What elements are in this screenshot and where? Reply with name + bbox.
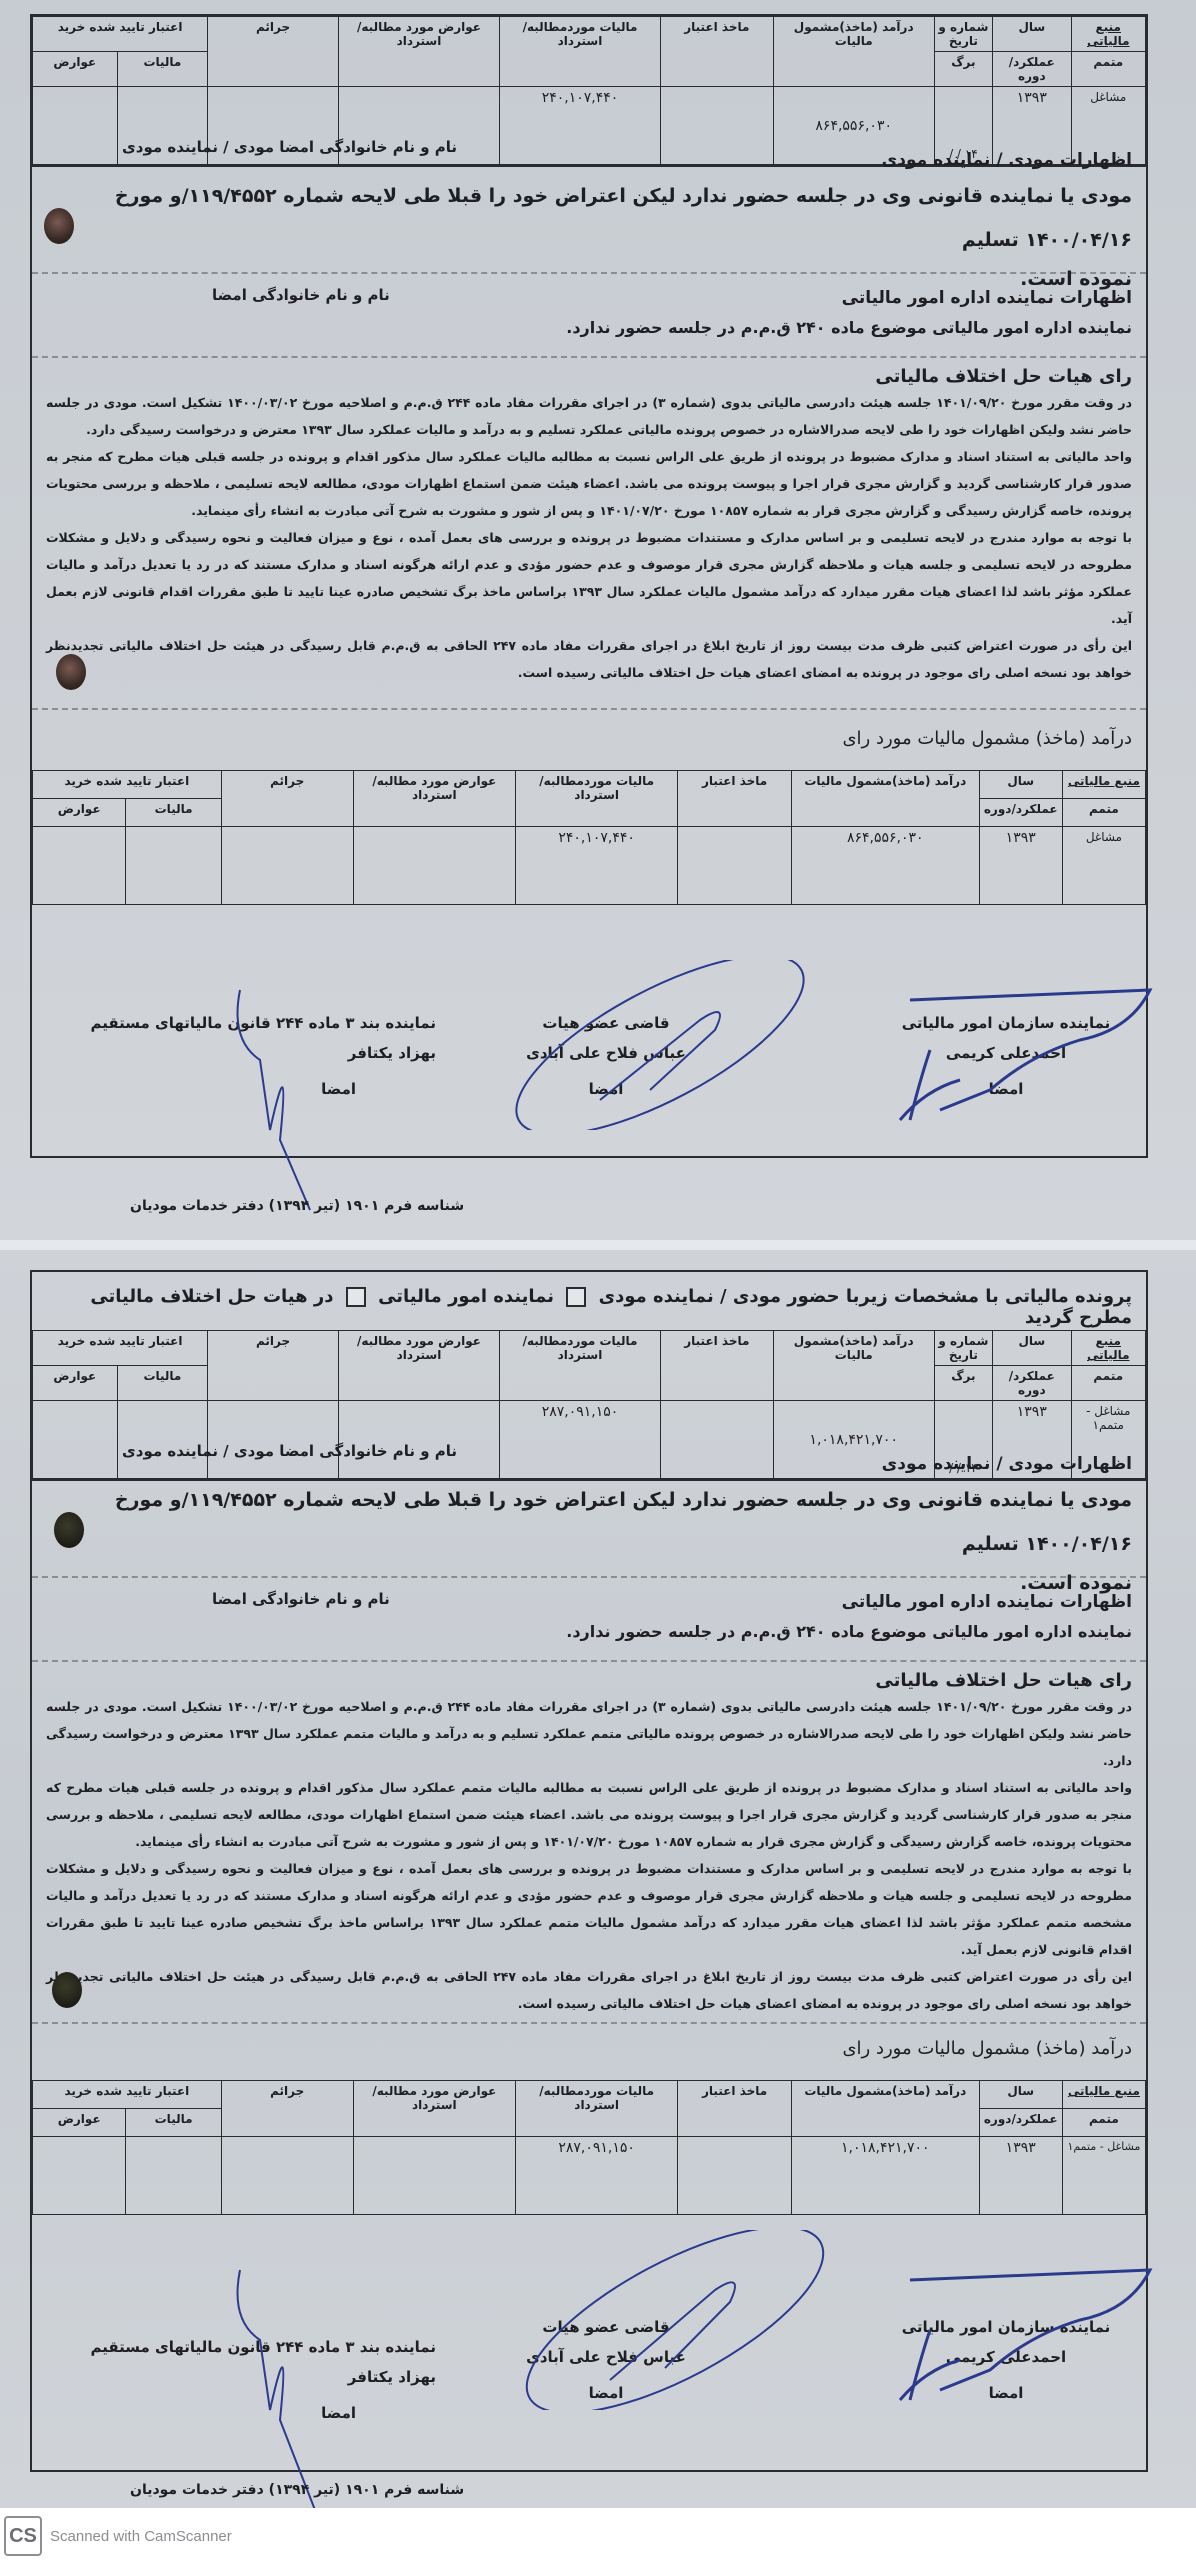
col-source-sub: متمم bbox=[1071, 52, 1145, 87]
col-credit-base: ماخذ اعتبار bbox=[678, 2081, 792, 2137]
cell-credit-base bbox=[678, 827, 792, 905]
judge-name: عباس فلاح علی آبادی bbox=[496, 2342, 716, 2372]
ruling-table: منبع مالیاتی سال درآمد (ماخذ)مشمول مالیا… bbox=[32, 2080, 1146, 2215]
col-tax-claimed: مالیات موردمطالبه/استرداد bbox=[500, 1331, 661, 1401]
col-source-sub: متمم bbox=[1062, 799, 1145, 827]
cell-year: ۱۳۹۳ bbox=[979, 827, 1062, 905]
col-sheet-sub: برگ bbox=[934, 1366, 992, 1401]
ruling-table: منبع مالیاتی سال درآمد (ماخذ)مشمول مالیا… bbox=[32, 770, 1146, 905]
cell-approved-tax bbox=[126, 827, 221, 905]
org-rep-name: احمدعلی کریمی bbox=[896, 1038, 1116, 1068]
col-approved-credit: اعتبار تایید شده خرید bbox=[33, 771, 222, 799]
org-rep-name: احمدعلی کریمی bbox=[896, 2342, 1116, 2372]
col-sheet: شماره و تاریخ bbox=[934, 17, 992, 52]
verdict-paragraph: با توجه به موارد مندرج در لایحه تسلیمی و… bbox=[46, 1855, 1132, 1963]
col-fines: جرائم bbox=[221, 2081, 353, 2137]
col-approved-tax: مالیات bbox=[126, 799, 221, 827]
col-approved-tax: مالیات bbox=[117, 52, 208, 87]
intro-text-part2: نماینده امور مالیاتی bbox=[378, 1286, 554, 1307]
col-year: سال bbox=[993, 17, 1071, 52]
judge-title: قاضی عضو هیات bbox=[496, 2312, 716, 2342]
office-statement-text: نماینده اداره امور مالیاتی موضوع ماده ۲۴… bbox=[46, 318, 1132, 337]
article-representative-signature: نماینده بند ۳ ماده ۲۴۴ قانون مالیاتهای م… bbox=[56, 2332, 436, 2428]
taxpayer-presence-checkbox[interactable] bbox=[566, 1287, 586, 1307]
stamp-mark bbox=[52, 1972, 82, 2008]
article-rep-title: نماینده بند ۳ ماده ۲۴۴ قانون مالیاتهای م… bbox=[56, 2332, 436, 2362]
ruling-body: اظهارات مودی / نماینده مودی نام و نام خا… bbox=[30, 128, 1148, 1158]
col-source: منبع مالیاتی bbox=[1062, 771, 1145, 799]
col-source-sub: متمم bbox=[1071, 1366, 1145, 1401]
cell-approved-duties bbox=[33, 827, 126, 905]
intro-line: پرونده مالیاتی با مشخصات زیربا حضور مودی… bbox=[32, 1272, 1146, 1330]
ruling-table-heading: درآمد (ماخذ) مشمول مالیات مورد رای bbox=[46, 2038, 1132, 2059]
col-sheet-sub: برگ bbox=[934, 52, 992, 87]
intro-text-part1: پرونده مالیاتی با مشخصات زیربا حضور مودی… bbox=[599, 1286, 1132, 1307]
cell-tax-claimed: ۲۴۰,۱۰۷,۴۴۰ bbox=[515, 827, 677, 905]
col-income: درآمد (ماخذ)مشمول مالیات bbox=[773, 17, 934, 87]
article-representative-signature: نماینده بند ۳ ماده ۲۴۴ قانون مالیاتهای م… bbox=[56, 1008, 436, 1104]
taxpayer-signature-label: نام و نام خانوادگی امضا مودی / نماینده م… bbox=[122, 138, 457, 156]
verdict-heading: رای هیات حل اختلاف مالیاتی bbox=[46, 366, 1132, 387]
taxpayer-statement-line1: مودی یا نماینده قانونی وی در جلسه حضور ن… bbox=[46, 174, 1132, 262]
cell-duties-claimed bbox=[353, 827, 515, 905]
taxpayer-statement-section: اظهارات مودی / نماینده مودی نام و نام خا… bbox=[32, 1432, 1146, 1578]
col-approved-tax: مالیات bbox=[126, 2109, 221, 2137]
org-representative-signature: نماینده سازمان امور مالیاتی احمدعلی کریم… bbox=[896, 2312, 1116, 2408]
camscanner-logo-icon: CS bbox=[4, 2516, 42, 2556]
verdict-paragraph: در وقت مقرر مورخ ۱۴۰۱/۰۹/۲۰ جلسه هیئت دا… bbox=[46, 389, 1132, 443]
office-statement-text: نماینده اداره امور مالیاتی موضوع ماده ۲۴… bbox=[46, 1622, 1132, 1641]
cell-fines bbox=[221, 827, 353, 905]
form-id-footnote: شناسه فرم ۱۹۰۱ (تیر ۱۳۹۴) دفتر خدمات مود… bbox=[130, 1198, 464, 1214]
cell-year: ۱۳۹۳ bbox=[979, 2137, 1062, 2215]
office-signature-label: نام و نام خانوادگی امضا bbox=[212, 1590, 390, 1608]
col-source: منبع مالیاتی bbox=[1071, 1331, 1145, 1366]
col-tax-claimed: مالیات موردمطالبه/استرداد bbox=[500, 17, 661, 87]
col-approved-tax: مالیات bbox=[117, 1366, 208, 1401]
col-approved-duties: عوارض bbox=[33, 1366, 118, 1401]
stamp-mark bbox=[44, 208, 74, 244]
cell-income: ۸۶۴,۵۵۶,۰۳۰ bbox=[791, 827, 979, 905]
col-duties-claimed: عوارض مورد مطالبه/استرداد bbox=[353, 2081, 515, 2137]
ruling-body: اظهارات مودی / نماینده مودی نام و نام خا… bbox=[30, 1432, 1148, 2472]
article-rep-name: بهزاد یکتافر bbox=[56, 2362, 436, 2392]
cell-tax-claimed: ۲۸۷,۰۹۱,۱۵۰ bbox=[515, 2137, 677, 2215]
verdict-paragraph: این رأی در صورت اعتراض کتبی ظرف مدت بیست… bbox=[46, 632, 1132, 686]
col-approved-credit: اعتبار تایید شده خرید bbox=[33, 17, 208, 52]
verdict-section: رای هیات حل اختلاف مالیاتی در وقت مقرر م… bbox=[32, 1662, 1146, 2024]
sign-label: امضا bbox=[896, 1074, 1116, 1104]
article-rep-title: نماینده بند ۳ ماده ۲۴۴ قانون مالیاتهای م… bbox=[56, 1008, 436, 1038]
col-fines: جرائم bbox=[208, 1331, 339, 1401]
office-presence-checkbox[interactable] bbox=[346, 1287, 366, 1307]
col-year: سال bbox=[979, 771, 1062, 799]
col-approved-credit: اعتبار تایید شده خرید bbox=[33, 2081, 222, 2109]
judge-name: عباس فلاح علی آبادی bbox=[496, 1038, 716, 1068]
judge-signature: قاضی عضو هیات عباس فلاح علی آبادی امضا bbox=[496, 2312, 716, 2408]
org-representative-signature: نماینده سازمان امور مالیاتی احمدعلی کریم… bbox=[896, 1008, 1116, 1104]
judge-title: قاضی عضو هیات bbox=[496, 1008, 716, 1038]
ruling-table-heading-section: درآمد (ماخذ) مشمول مالیات مورد رای bbox=[32, 2024, 1146, 2080]
col-duties-claimed: عوارض مورد مطالبه/استرداد bbox=[339, 1331, 500, 1401]
col-fines: جرائم bbox=[221, 771, 353, 827]
taxpayer-statement-line1: مودی یا نماینده قانونی وی در جلسه حضور ن… bbox=[46, 1478, 1132, 1566]
office-statement-section: اظهارات نماینده اداره امور مالیاتی نام و… bbox=[32, 274, 1146, 358]
verdict-paragraph: واحد مالیاتی به استناد اسناد و مدارک مضب… bbox=[46, 1774, 1132, 1855]
org-rep-title: نماینده سازمان امور مالیاتی bbox=[896, 2312, 1116, 2342]
office-statement-heading: اظهارات نماینده اداره امور مالیاتی bbox=[46, 288, 1132, 308]
stamp-mark bbox=[56, 654, 86, 690]
cell-approved-tax bbox=[126, 2137, 221, 2215]
sign-label: امضا bbox=[896, 2378, 1116, 2408]
cell-income: ۱,۰۱۸,۴۲۱,۷۰۰ bbox=[791, 2137, 979, 2215]
article-rep-name: بهزاد یکتافر bbox=[56, 1038, 436, 1068]
ruling-table-heading-section: درآمد (ماخذ) مشمول مالیات مورد رای bbox=[32, 710, 1146, 770]
col-sheet: شماره و تاریخ bbox=[934, 1331, 992, 1366]
verdict-section: رای هیات حل اختلاف مالیاتی در وقت مقرر م… bbox=[32, 358, 1146, 710]
col-credit-base: ماخذ اعتبار bbox=[678, 771, 792, 827]
office-signature-label: نام و نام خانوادگی امضا bbox=[212, 286, 390, 304]
cell-source: مشاغل bbox=[1062, 827, 1145, 905]
col-credit-base: ماخذ اعتبار bbox=[661, 17, 774, 87]
col-approved-credit: اعتبار تایید شده خرید bbox=[33, 1331, 208, 1366]
document-page-2: پرونده مالیاتی با مشخصات زیربا حضور مودی… bbox=[0, 1250, 1196, 2508]
col-duties-claimed: عوارض مورد مطالبه/استرداد bbox=[339, 17, 500, 87]
sign-label: امضا bbox=[56, 2398, 436, 2428]
col-year-sub: عملکرد/دوره bbox=[993, 52, 1071, 87]
col-approved-duties: عوارض bbox=[33, 799, 126, 827]
verdict-paragraph: در وقت مقرر مورخ ۱۴۰۱/۰۹/۲۰ جلسه هیئت دا… bbox=[46, 1693, 1132, 1774]
col-credit-base: ماخذ اعتبار bbox=[661, 1331, 774, 1401]
verdict-paragraph: واحد مالیاتی به استناد اسناد و مدارک مضب… bbox=[46, 443, 1132, 524]
col-year: سال bbox=[993, 1331, 1071, 1366]
taxpayer-signature-label: نام و نام خانوادگی امضا مودی / نماینده م… bbox=[122, 1442, 457, 1460]
col-approved-duties: عوارض bbox=[33, 52, 118, 87]
verdict-paragraph: این رأی در صورت اعتراض کتبی ظرف مدت بیست… bbox=[46, 1963, 1132, 2017]
camscanner-text: Scanned with CamScanner bbox=[50, 2528, 232, 2545]
verdict-paragraph: با توجه به موارد مندرج در لایحه تسلیمی و… bbox=[46, 524, 1132, 632]
sign-label: امضا bbox=[56, 1074, 436, 1104]
cell-credit-base bbox=[678, 2137, 792, 2215]
col-income: درآمد (ماخذ)مشمول مالیات bbox=[791, 2081, 979, 2137]
cell-approved-duties bbox=[33, 2137, 126, 2215]
col-duties-claimed: عوارض مورد مطالبه/استرداد bbox=[353, 771, 515, 827]
office-statement-heading: اظهارات نماینده اداره امور مالیاتی bbox=[46, 1592, 1132, 1612]
col-income: درآمد (ماخذ)مشمول مالیات bbox=[773, 1331, 934, 1401]
sign-label: امضا bbox=[496, 2378, 716, 2408]
cell-duties-claimed bbox=[353, 2137, 515, 2215]
col-fines: جرائم bbox=[208, 17, 339, 87]
stamp-mark bbox=[54, 1512, 84, 1548]
col-year: سال bbox=[979, 2081, 1062, 2109]
col-year-sub: عملکرد/دوره bbox=[993, 1366, 1071, 1401]
cell-source: مشاغل - متمم۱ bbox=[1062, 2137, 1145, 2215]
judge-signature: قاضی عضو هیات عباس فلاح علی آبادی امضا bbox=[496, 1008, 716, 1104]
ruling-table-heading: درآمد (ماخذ) مشمول مالیات مورد رای bbox=[46, 728, 1132, 749]
document-page-1: منبع مالیاتی سال شماره و تاریخ درآمد (ما… bbox=[0, 0, 1196, 1250]
col-approved-duties: عوارض bbox=[33, 2109, 126, 2137]
col-year-sub: عملکرد/دوره bbox=[979, 2109, 1062, 2137]
col-source: منبع مالیاتی bbox=[1071, 17, 1145, 52]
org-rep-title: نماینده سازمان امور مالیاتی bbox=[896, 1008, 1116, 1038]
col-source: منبع مالیاتی bbox=[1062, 2081, 1145, 2109]
sign-label: امضا bbox=[496, 1074, 716, 1104]
col-income: درآمد (ماخذ)مشمول مالیات bbox=[791, 771, 979, 827]
col-year-sub: عملکرد/دوره bbox=[979, 799, 1062, 827]
col-tax-claimed: مالیات موردمطالبه/استرداد bbox=[515, 771, 677, 827]
col-tax-claimed: مالیات موردمطالبه/استرداد bbox=[515, 2081, 677, 2137]
cell-fines bbox=[221, 2137, 353, 2215]
taxpayer-statement-section: اظهارات مودی / نماینده مودی نام و نام خا… bbox=[32, 128, 1146, 274]
office-statement-section: اظهارات نماینده اداره امور مالیاتی نام و… bbox=[32, 1578, 1146, 1662]
form-id-footnote: شناسه فرم ۱۹۰۱ (تیر ۱۳۹۴) دفتر خدمات مود… bbox=[130, 2482, 464, 2500]
scanner-watermark: CS Scanned with CamScanner bbox=[0, 2508, 1196, 2560]
col-source-sub: متمم bbox=[1062, 2109, 1145, 2137]
verdict-heading: رای هیات حل اختلاف مالیاتی bbox=[46, 1670, 1132, 1691]
